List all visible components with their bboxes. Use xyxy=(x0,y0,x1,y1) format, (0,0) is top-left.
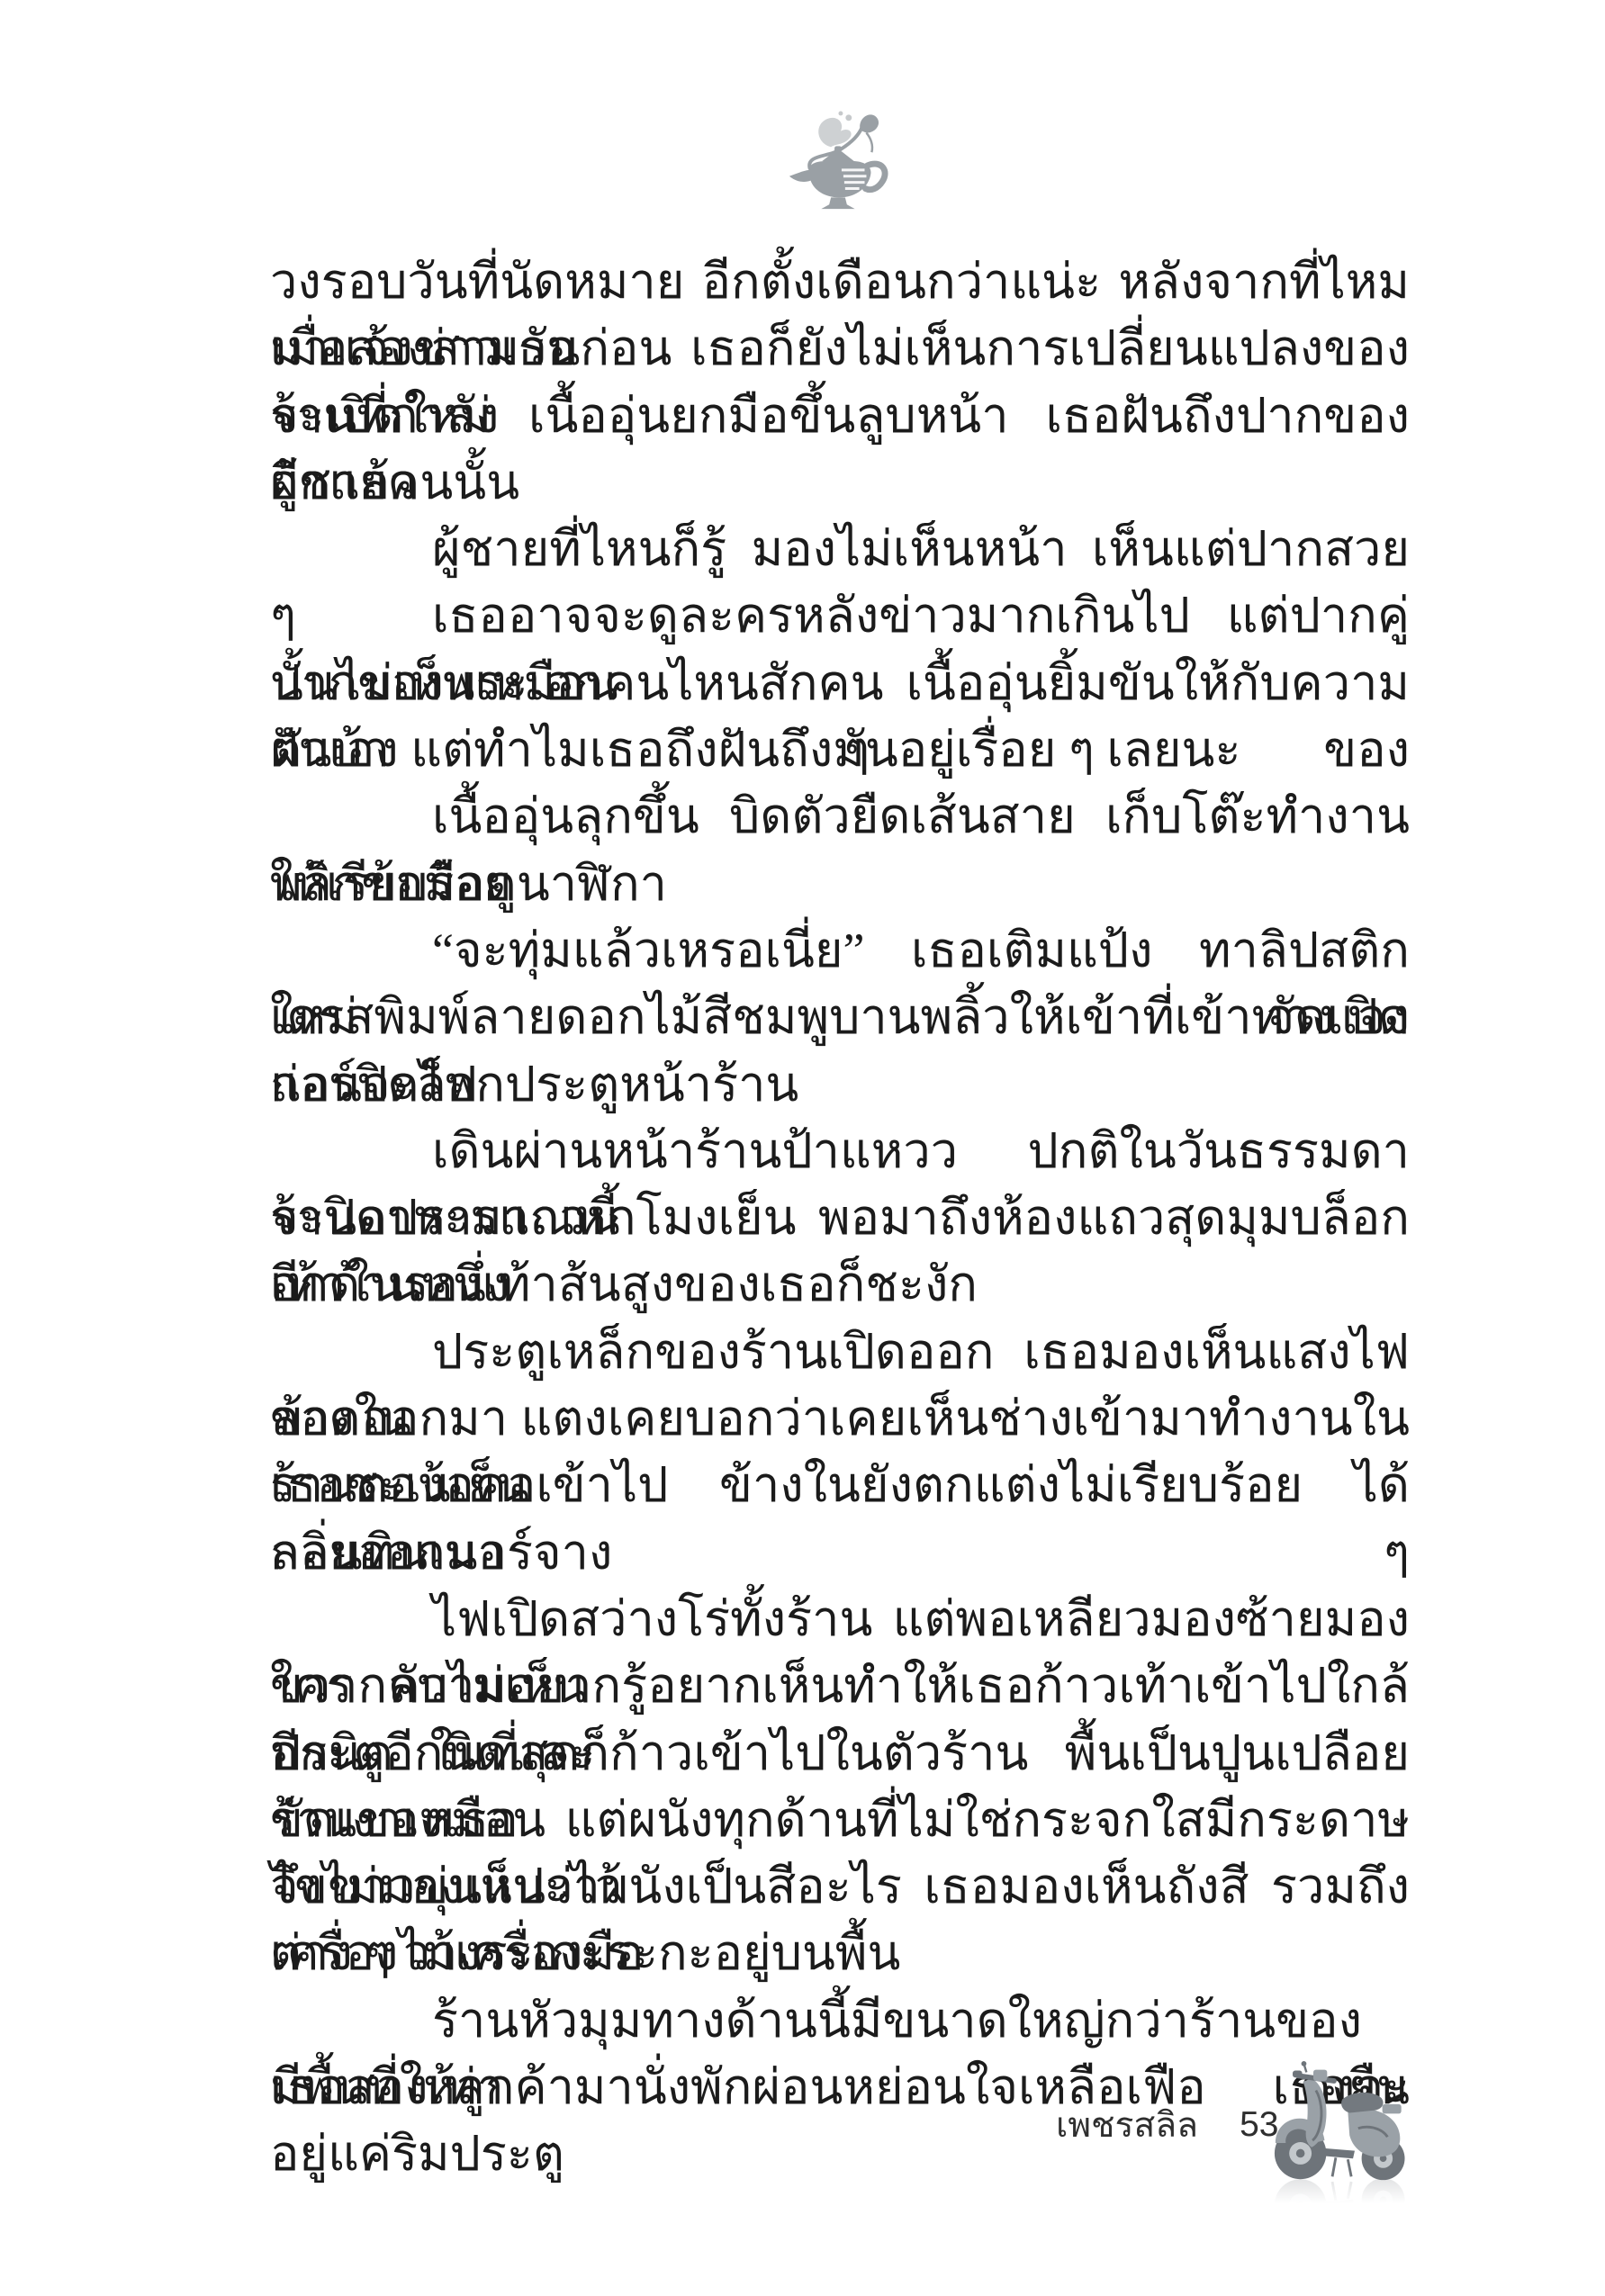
body-line: ก่อนจะล็อกประตูหน้าร้าน xyxy=(270,1051,1410,1118)
book-page: วงรอบวันที่นัดหมาย อีกตั้งเดือนกว่าแน่ะ … xyxy=(0,0,1605,2296)
body-line: เมื่อสองสามวันก่อน เธอก็ยังไม่เห็นการเปล… xyxy=(270,315,1410,382)
body-line: พลิกข้อมือดูนาฬิกา xyxy=(270,851,1410,917)
body-line: ต่าง ๆ วางระเกะระกะอยู่บนพื้น xyxy=(270,1920,1410,1986)
story-text: วงรอบวันที่นัดหมาย อีกตั้งเดือนกว่าแน่ะ … xyxy=(270,248,1410,2120)
body-line: วงรอบวันที่นัดหมาย อีกตั้งเดือนกว่าแน่ะ … xyxy=(270,248,1410,315)
book-title: เพชรสลิล xyxy=(1056,2097,1198,2153)
body-line: เธอชะเง้อคอเข้าไป ข้างในยังตกแต่งไม่เรีย… xyxy=(270,1452,1410,1518)
genie-lamp-icon xyxy=(785,106,891,221)
body-line: เดินผ่านหน้าร้านป้าแหวว ปกติในวันธรรมดา … xyxy=(270,1118,1410,1184)
body-line: เดรสพิมพ์ลายดอกไม้สีชมพูบานพลิ้วให้เข้าท… xyxy=(270,984,1410,1050)
body-line: ผู้ชายที่ไหนก็รู้ มองไม่เห็นหน้า เห็นแต่… xyxy=(270,516,1410,582)
body-line: จะปิดประมาณหกโมงเย็น พอมาถึงห้องแถวสุดมุ… xyxy=(270,1184,1410,1251)
body-line: ปากของพระเอกคนไหนสักคน เนื้ออุ่นยิ้มขันใ… xyxy=(270,650,1410,716)
body-line: ร้านของเธอ แต่ผนังทุกด้านที่ไม่ใช่กระจกใ… xyxy=(270,1787,1410,1853)
body-line: ตัวเอง แต่ทำไมเธอถึงฝันถึงมันอยู่เรื่อย … xyxy=(270,716,1410,783)
page-footer: เพชรสลิล 53 xyxy=(1056,2102,1278,2147)
body-line: จะเปิดใหม่ เนื้ออุ่นยกมือขึ้นลูบหน้า เธอ… xyxy=(270,383,1410,449)
vespa-scooter-icon xyxy=(1267,2061,1420,2203)
body-line: เนื้ออุ่นลุกขึ้น บิดตัวยืดเส้นสาย เก็บโต… xyxy=(270,783,1410,850)
body-line: ร้านหัวมุมทางด้านนี้มีขนาดใหญ่กว่าร้านขอ… xyxy=(270,1987,1410,2054)
body-line: เธออาจจะดูละครหลังข่าวมากเกินไป แต่ปากคู… xyxy=(270,582,1410,649)
body-line: เท้าในรองเท้าส้นสูงของเธอก็ชะงัก xyxy=(270,1251,1410,1318)
body-line: ใคร ความอยากรู้อยากเห็นทำให้เธอก้าวเท้าเ… xyxy=(270,1652,1410,1719)
body-line: ลอดออกมา แตงเคยบอกว่าเคยเห็นช่างเข้ามาทำ… xyxy=(270,1385,1410,1452)
body-line: จึงไม่มองเห็นว่าผนังเป็นสีอะไร เธอมองเห็… xyxy=(270,1853,1410,1920)
body-line: ไฟเปิดสว่างโร่ทั้งร้าน แต่พอเหลียวมองซ้า… xyxy=(270,1586,1410,1652)
body-line: “จะทุ่มแล้วเหรอเนี่ย” เธอเติมแป้ง ทาลิปส… xyxy=(270,917,1410,984)
body-line: ประตูเหล็กของร้านเปิดออก เธอมองเห็นแสงไฟ… xyxy=(270,1319,1410,1385)
body-line: อีกนิด ในที่สุดก็ก้าวเข้าไปในตัวร้าน พื้… xyxy=(270,1720,1410,1787)
